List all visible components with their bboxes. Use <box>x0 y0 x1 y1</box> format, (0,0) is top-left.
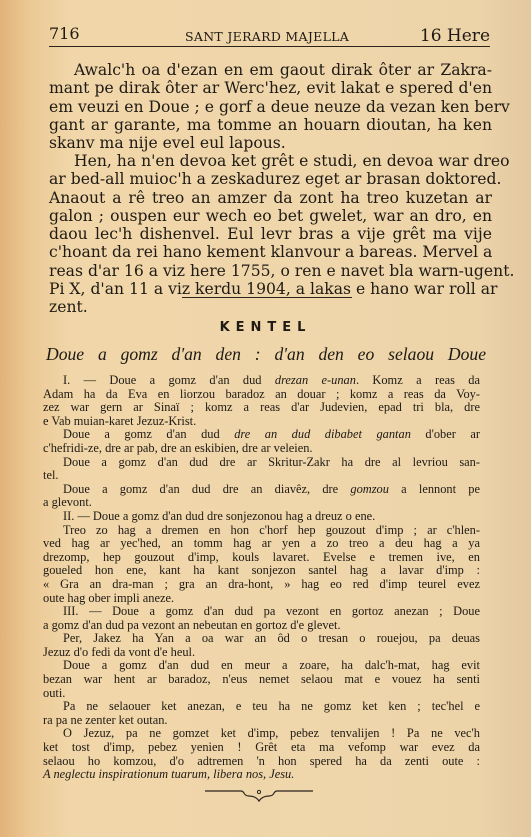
text-line: oute hag ober impli aneze. <box>43 592 480 606</box>
text-line: Awalc'h oa d'ezan en em gaout dirak ôter… <box>49 61 492 79</box>
text-line: Pa ne selaouer ket anezan, e teu ha ne g… <box>43 700 480 714</box>
text-line: a gomz d'an dud pa vezont an nebeutan en… <box>43 619 480 633</box>
date-label: 16 Here <box>420 26 490 46</box>
section-heading: KENTEL <box>0 320 531 335</box>
text-line: ved hag ar yec'hed, an tomm hag ar yen a… <box>43 537 480 551</box>
text-line: zez war gern ar Sinaï ; komz a reas d'ar… <box>43 401 480 415</box>
text-line: a glevont. <box>43 496 480 510</box>
text-line: I. — Doue a gomz d'an dud drezan e-unan.… <box>43 374 480 388</box>
text-line: c'hefridi-ze, dre ar pab, dre an eskibie… <box>43 442 480 456</box>
emphasis: gomzou <box>350 482 389 496</box>
text-line: mant pe dirak ôter ar Werc'hez, evit lak… <box>49 79 492 97</box>
text-line: Hen, ha n'en devoa ket grêt e studi, en … <box>49 152 492 170</box>
book-title: SANT JERARD MAJELLA <box>185 29 349 44</box>
running-header: 716 SANT JERARD MAJELLA 16 Here <box>49 22 490 47</box>
paragraph-2: Hen, ha n'en devoa ket grêt e studi, en … <box>49 152 492 317</box>
emphasis: dre an dud dibabet gantan <box>234 427 411 441</box>
text-line: O Jezuz, pa ne gomzet ket d'imp, pebez t… <box>43 727 480 741</box>
text-line: ar bed-all muioc'h a zeskadurez eget ar … <box>49 170 492 188</box>
text-line: Adam ha da Eva en liorzou baradoz an dou… <box>43 388 480 402</box>
text-line: goueled hon ene, kant ha kant sonjezon s… <box>43 564 480 578</box>
lesson-text: I. — Doue a gomz d'an dud drezan e-unan.… <box>43 374 480 782</box>
text-line: Treo zo hag a dremen en hon c'horf hep g… <box>43 524 480 538</box>
text-line: tel. <box>43 469 480 483</box>
text-line: Doue a gomz d'an dud en meur a zoare, ha… <box>43 659 480 673</box>
text-line: ra pa ne zenter ket outan. <box>43 714 480 728</box>
book-page: 716 SANT JERARD MAJELLA 16 Here Awalc'h … <box>0 0 531 837</box>
text-line: gant ar garante, ma tomme an houarn diou… <box>49 116 492 134</box>
text-line: Jezuz d'o fedi da vont d'e heul. <box>43 646 480 660</box>
emphasis: drezan e-unan <box>275 373 356 387</box>
text-line: bezan war hent ar baradoz, n'eus nemet s… <box>43 673 480 687</box>
text-line: II. — Doue a gomz d'an dud dre sonjezono… <box>43 510 480 524</box>
text-line: reas d'ar 16 a viz here 1755, o ren e na… <box>49 262 492 280</box>
text-line: skanv ma nije evel eul lapous. <box>49 134 492 152</box>
text-line: Doue a gomz d'an dud dre an dud dibabet … <box>43 428 480 442</box>
text-line: zent. <box>49 298 492 316</box>
text-line: outi. <box>43 687 480 701</box>
tailpiece-ornament-icon <box>203 784 315 804</box>
text-line: daou lec'h dishenvel. Eul levr bras a vi… <box>49 225 492 243</box>
page-number: 716 <box>49 24 80 43</box>
text-line: Pi X, d'an 11 a viz kerdu 1904, a lakas … <box>49 280 492 298</box>
text-line: III. — Doue a gomz d'an dud pa vezont en… <box>43 605 480 619</box>
paragraph-1: Awalc'h oa d'ezan en em gaout dirak ôter… <box>49 61 492 152</box>
text-line: drezomp, hep gouzout d'imp, kouls lavare… <box>43 551 480 565</box>
text-line: e Vab muian-karet Jezuz-Krist. <box>43 415 480 429</box>
text-line: Doue a gomz d'an dud dre ar Skritur-Zakr… <box>43 456 480 470</box>
text-line: ket tost d'imp, pebez yenien ! Grêt eta … <box>43 741 480 755</box>
text-line: c'hoant da rei hano kement klanvour a ba… <box>49 243 492 261</box>
latin-prayer: A neglectu inspirationum tuarum, libera … <box>43 767 294 781</box>
text-line: Per, Jakez ha Yan a oa war an ôd o tresa… <box>43 632 480 646</box>
text-line: Doue a gomz d'an dud dre an diavêz, dre … <box>43 483 480 497</box>
section-divider <box>182 297 352 298</box>
text-line: « Gra an dra-man ; gra an dra-hont, » ha… <box>43 578 480 592</box>
text-line: A neglectu inspirationum tuarum, libera … <box>43 768 480 782</box>
text-line: selaou ho komzou, d'o adtremen 'n hon sp… <box>43 755 480 769</box>
text-line: Anaout a rê treo an amzer da zont ha tre… <box>49 189 492 207</box>
text-line: em veuzi en Doue ; e gorf a deue neuze d… <box>49 98 492 116</box>
text-line: galon ; ouspen eur wech eo bet gwelet, w… <box>49 207 492 225</box>
section-subtitle: Doue a gomz d'an den : d'an den eo selao… <box>46 344 486 365</box>
